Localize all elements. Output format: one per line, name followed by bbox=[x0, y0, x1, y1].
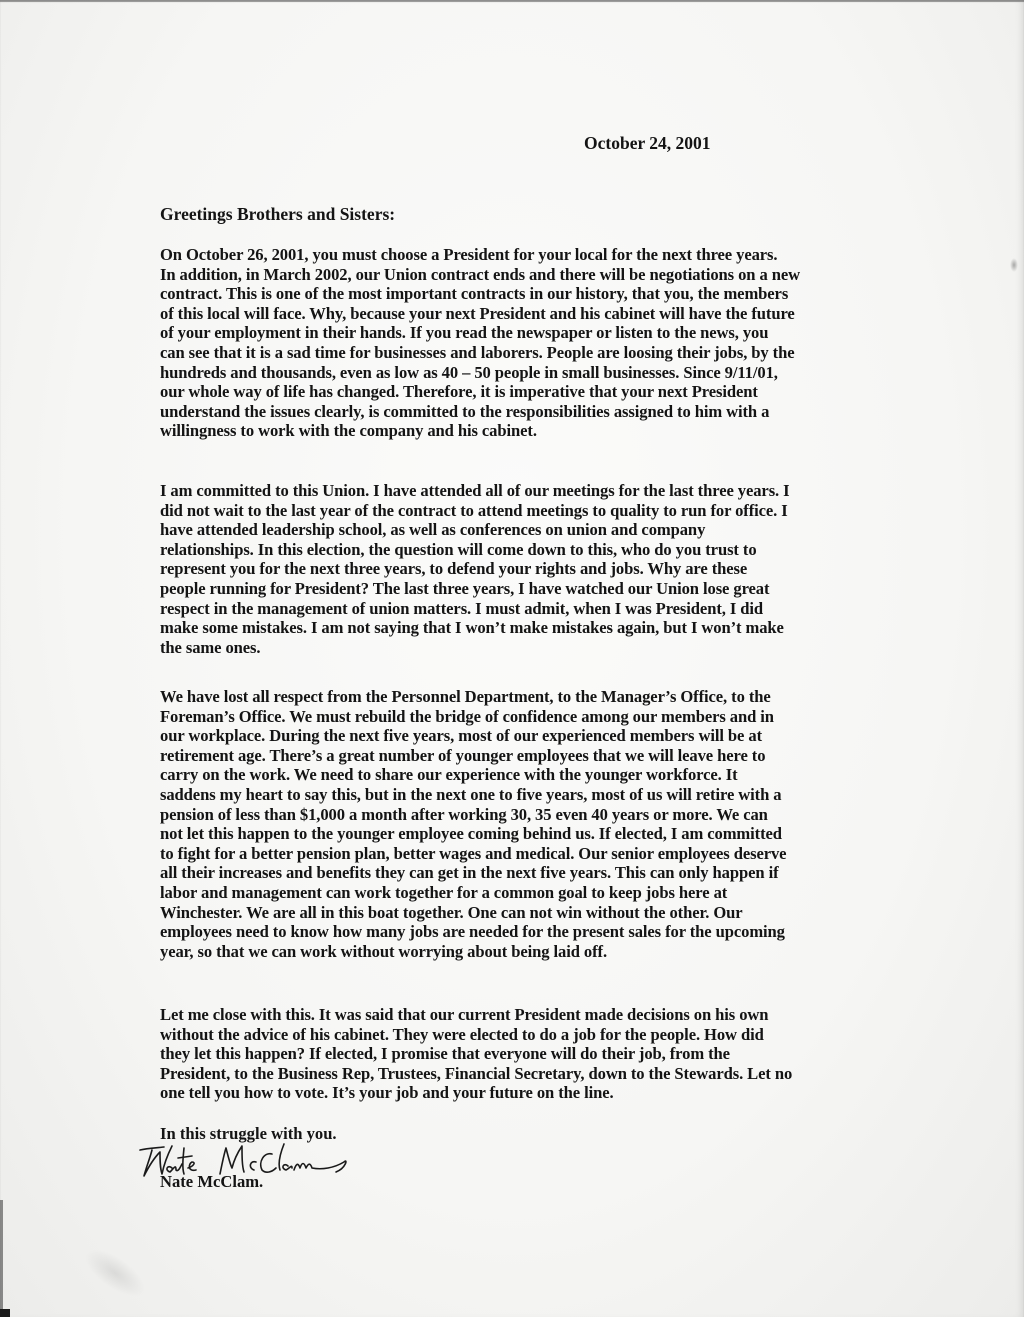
paragraph-line: We have lost all respect from the Person… bbox=[160, 687, 786, 707]
paragraph-3: We have lost all respect from the Person… bbox=[160, 687, 786, 961]
paragraph-1: On October 26, 2001, you must choose a P… bbox=[160, 245, 800, 441]
page-left-edge bbox=[0, 1200, 3, 1317]
paragraph-line: relationships. In this election, the que… bbox=[160, 540, 790, 560]
paragraph-line: pension of less than $1,000 a month afte… bbox=[160, 805, 786, 825]
paragraph-4: Let me close with this. It was said that… bbox=[160, 1005, 792, 1103]
paragraph-line: make some mistakes. I am not saying that… bbox=[160, 618, 790, 638]
paragraph-line: people running for President? The last t… bbox=[160, 579, 790, 599]
paragraph-line: saddens my heart to say this, but in the… bbox=[160, 785, 786, 805]
paragraph-line: willingness to work with the company and… bbox=[160, 421, 800, 441]
paragraph-line: In addition, in March 2002, our Union co… bbox=[160, 265, 800, 285]
paragraph-line: understand the issues clearly, is commit… bbox=[160, 402, 800, 422]
paragraph-line: I am committed to this Union. I have att… bbox=[160, 481, 790, 501]
page-top-edge bbox=[0, 0, 1024, 2]
paragraph-line: President, to the Business Rep, Trustees… bbox=[160, 1064, 792, 1084]
margin-mark bbox=[1010, 258, 1018, 272]
paragraph-line: retirement age. There’s a great number o… bbox=[160, 746, 786, 766]
letter-greeting: Greetings Brothers and Sisters: bbox=[160, 204, 395, 225]
paragraph-line: Foreman’s Office. We must rebuild the br… bbox=[160, 707, 786, 727]
paragraph-line: without the advice of his cabinet. They … bbox=[160, 1025, 792, 1045]
paragraph-line: to fight for a better pension plan, bett… bbox=[160, 844, 786, 864]
letter-page: October 24, 2001 Greetings Brothers and … bbox=[0, 0, 1024, 1317]
paragraph-line: of your employment in their hands. If yo… bbox=[160, 323, 800, 343]
paragraph-line: not let this happen to the younger emplo… bbox=[160, 824, 786, 844]
signer-name: Nate McClam. bbox=[160, 1172, 263, 1192]
page-corner-mark bbox=[0, 1309, 10, 1317]
paragraph-line: labor and management can work together f… bbox=[160, 883, 786, 903]
paragraph-line: of this local will face. Why, because yo… bbox=[160, 304, 800, 324]
paragraph-line: represent you for the next three years, … bbox=[160, 559, 790, 579]
paragraph-line: our whole way of life has changed. There… bbox=[160, 382, 800, 402]
paragraph-line: employees need to know how many jobs are… bbox=[160, 922, 786, 942]
paragraph-line: year, so that we can work without worryi… bbox=[160, 942, 786, 962]
paragraph-line: Let me close with this. It was said that… bbox=[160, 1005, 792, 1025]
paragraph-line: they let this happen? If elected, I prom… bbox=[160, 1044, 792, 1064]
paragraph-line: our workplace. During the next five year… bbox=[160, 726, 786, 746]
paragraph-line: all their increases and benefits they ca… bbox=[160, 863, 786, 883]
paragraph-line: respect in the management of union matte… bbox=[160, 599, 790, 619]
paragraph-line: hundreds and thousands, even as low as 4… bbox=[160, 363, 800, 383]
paragraph-line: contract. This is one of the most import… bbox=[160, 284, 800, 304]
paragraph-line: one tell you how to vote. It’s your job … bbox=[160, 1083, 792, 1103]
paragraph-line: can see that it is a sad time for busine… bbox=[160, 343, 800, 363]
paper-smudge bbox=[78, 1241, 153, 1306]
paragraph-line: did not wait to the last year of the con… bbox=[160, 501, 790, 521]
paragraph-line: On October 26, 2001, you must choose a P… bbox=[160, 245, 800, 265]
paragraph-line: have attended leadership school, as well… bbox=[160, 520, 790, 540]
paragraph-line: carry on the work. We need to share our … bbox=[160, 765, 786, 785]
paragraph-line: Winchester. We are all in this boat toge… bbox=[160, 903, 786, 923]
paragraph-2: I am committed to this Union. I have att… bbox=[160, 481, 790, 657]
paragraph-line: the same ones. bbox=[160, 638, 790, 658]
letter-date: October 24, 2001 bbox=[584, 133, 711, 154]
